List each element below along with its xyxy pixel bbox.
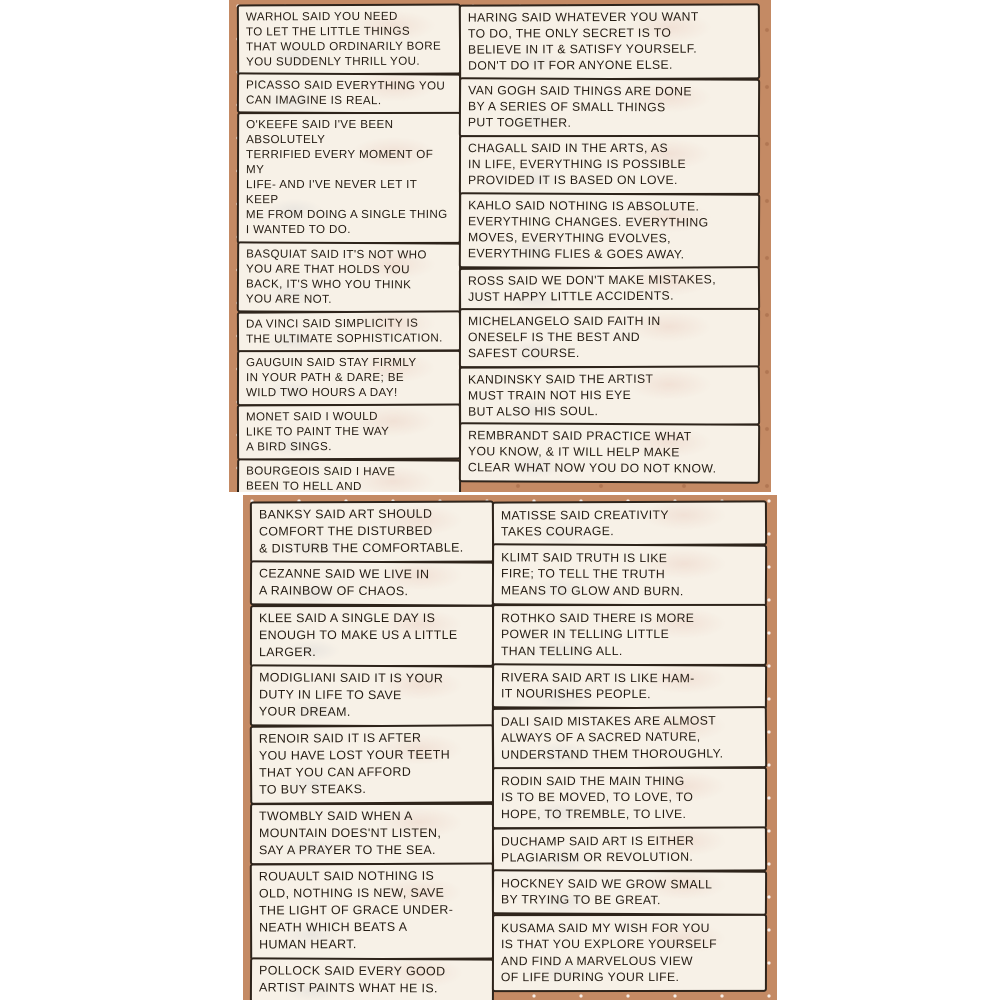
quote-klimt: KLIMT SAID TRUTH IS LIKE FIRE; TO TELL T… (492, 544, 767, 607)
quote-picasso: PICASSO SAID EVERYTHING YOU CAN IMAGINE … (237, 73, 461, 115)
quote-rembrandt: REMBRANDT SAID PRACTICE WHAT YOU KNOW, &… (458, 423, 760, 484)
quote-kandinsky: KANDINSKY SAID THE ARTIST MUST TRAIN NOT… (459, 365, 761, 426)
quote-modigliani: MODIGLIANI SAID IT IS YOUR DUTY IN LIFE … (250, 664, 494, 728)
quote-column-top-right: HARING SAID WHATEVER YOU WANT TO DO, THE… (459, 4, 760, 483)
quote-van-gogh: VAN GOGH SAID THINGS ARE DONE BY A SERIE… (458, 77, 760, 138)
quote-michelangelo: MICHELANGELO SAID FAITH IN ONESELF IS TH… (459, 308, 761, 368)
quote-basquiat: BASQUIAT SAID IT'S NOT WHO YOU ARE THAT … (237, 241, 461, 313)
panel-top: WARHOL SAID YOU NEED TO LET THE LITTLE T… (229, 0, 771, 492)
quote-chagall: CHAGALL SAID IN THE ARTS, AS IN LIFE, EV… (459, 135, 761, 195)
quote-bourgeois: BOURGEOIS SAID I HAVE BEEN TO HELL AND B… (237, 458, 461, 492)
panel-bottom: BANKSY SAID ART SHOULD COMFORT THE DISTU… (243, 495, 777, 1000)
quote-column-top-left: WARHOL SAID YOU NEED TO LET THE LITTLE T… (237, 4, 461, 483)
quote-banksy: BANKSY SAID ART SHOULD COMFORT THE DISTU… (250, 500, 494, 563)
quote-rouault: ROUAULT SAID NOTHING IS OLD, NOTHING IS … (250, 862, 494, 960)
quote-column-bottom-right: MATISSE SAID CREATIVITY TAKES COURAGE.KL… (492, 501, 767, 992)
quote-da-vinci: DA VINCI SAID SIMPLICITY IS THE ULTIMATE… (237, 310, 461, 352)
quote-matisse: MATISSE SAID CREATIVITY TAKES COURAGE. (492, 500, 767, 547)
quote-warhol: WARHOL SAID YOU NEED TO LET THE LITTLE T… (237, 4, 461, 76)
quote-hockney: HOCKNEY SAID WE GROW SMALL BY TRYING TO … (492, 870, 767, 917)
quote-gauguin: GAUGUIN SAID STAY FIRMLY IN YOUR PATH & … (237, 350, 461, 406)
quote-klee: KLEE SAID A SINGLE DAY IS ENOUGH TO MAKE… (250, 604, 494, 667)
quote-duchamp: DUCHAMP SAID ART IS EITHER PLAGIARISM OR… (492, 826, 767, 873)
quote-kahlo: KAHLO SAID NOTHING IS ABSOLUTE. EVERYTHI… (458, 192, 760, 269)
painting-page: WARHOL SAID YOU NEED TO LET THE LITTLE T… (0, 0, 1000, 1000)
quote-cezanne: CEZANNE SAID WE LIVE IN A RAINBOW OF CHA… (250, 561, 494, 607)
quote-rodin: RODIN SAID THE MAIN THING IS TO BE MOVED… (492, 767, 767, 829)
quote-twombly: TWOMBLY SAID WHEN A MOUNTAIN DOES'NT LIS… (250, 803, 494, 866)
quote-rothko: ROTHKO SAID THERE IS MORE POWER IN TELLI… (492, 604, 767, 666)
quote-okeefe: O'KEEFE SAID I'VE BEEN ABSOLUTELY TERRIF… (237, 112, 461, 244)
quote-haring: HARING SAID WHATEVER YOU WANT TO DO, THE… (458, 3, 760, 80)
quote-renoir: RENOIR SAID IT IS AFTER YOU HAVE LOST YO… (250, 724, 494, 805)
quote-kusama: KUSAMA SAID MY WISH FOR YOU IS THAT YOU … (492, 914, 767, 992)
quote-pollock: POLLOCK SAID EVERY GOOD ARTIST PAINTS WH… (250, 957, 494, 1000)
quote-column-bottom-left: BANKSY SAID ART SHOULD COMFORT THE DISTU… (250, 501, 494, 992)
quote-rivera: RIVERA SAID ART IS LIKE HAM- IT NOURISHE… (492, 663, 767, 710)
quote-ross: ROSS SAID WE DON'T MAKE MISTAKES, JUST H… (459, 266, 761, 311)
quote-monet: MONET SAID I WOULD LIKE TO PAINT THE WAY… (237, 404, 461, 461)
quote-dali: DALI SAID MISTAKES ARE ALMOST ALWAYS OF … (492, 707, 767, 770)
